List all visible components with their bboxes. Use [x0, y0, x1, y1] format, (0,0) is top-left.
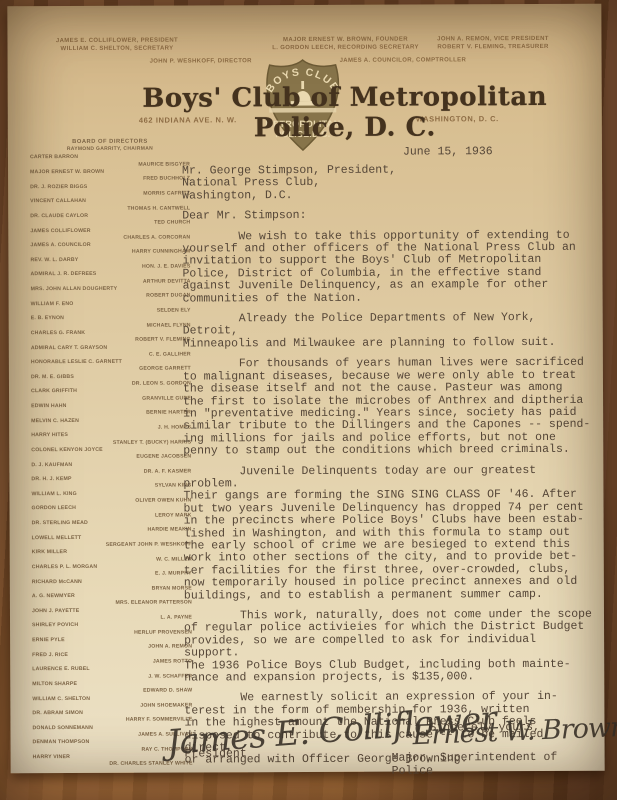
officer-line: ROBERT V. FLEMING, TREASURER: [400, 43, 585, 52]
letter-body: Mr. George Stimpson, President, National…: [182, 164, 599, 776]
officers-right-column: JOHN A. REMON, VICE PRESIDENT ROBERT V. …: [400, 35, 585, 52]
officer-line: JAMES A. COUNCILOR, COMPTROLLER: [340, 57, 467, 64]
paragraph: We wish to take this opportunity of exte…: [182, 229, 596, 305]
paragraph: Juvenile Delinquents today are our great…: [183, 464, 598, 602]
signer-title-right: Major, Superintendent of Police: [392, 751, 605, 778]
letter-document: JAMES E. COLLIFLOWER, PRESIDENT WILLIAM …: [7, 4, 604, 774]
board-member: SERGEANT JOHN P. WESHKOFF: [30, 541, 194, 549]
organization-title: Boys' Club of Metropolitan Police, D. C.: [96, 82, 594, 144]
officer-line: JOHN P. WESHKOFF, DIRECTOR: [150, 58, 252, 64]
letter-date: June 15, 1936: [403, 145, 493, 158]
paragraph: This work, naturally, does not come unde…: [184, 609, 598, 685]
board-chairman: RAYMOND GARRITY, CHAIRMAN: [28, 145, 192, 153]
salutation: Dear Mr. Stimpson:: [182, 209, 596, 223]
board-member-list: CARTER BARRONMAURICE BISGYERMAJOR ERNEST…: [28, 154, 195, 769]
paragraph: Already the Police Departments of New Yo…: [183, 312, 597, 351]
officers-left-column: JAMES E. COLLIFLOWER, PRESIDENT WILLIAM …: [29, 36, 204, 53]
board-of-directors: BOARD OF DIRECTORS RAYMOND GARRITY, CHAI…: [28, 137, 195, 768]
officer-line: WILLIAM C. SHELTON, SECRETARY: [30, 45, 205, 54]
recipient-address: Mr. George Stimpson, President, National…: [182, 164, 596, 203]
paragraph: For thousands of years human lives were …: [183, 357, 597, 458]
